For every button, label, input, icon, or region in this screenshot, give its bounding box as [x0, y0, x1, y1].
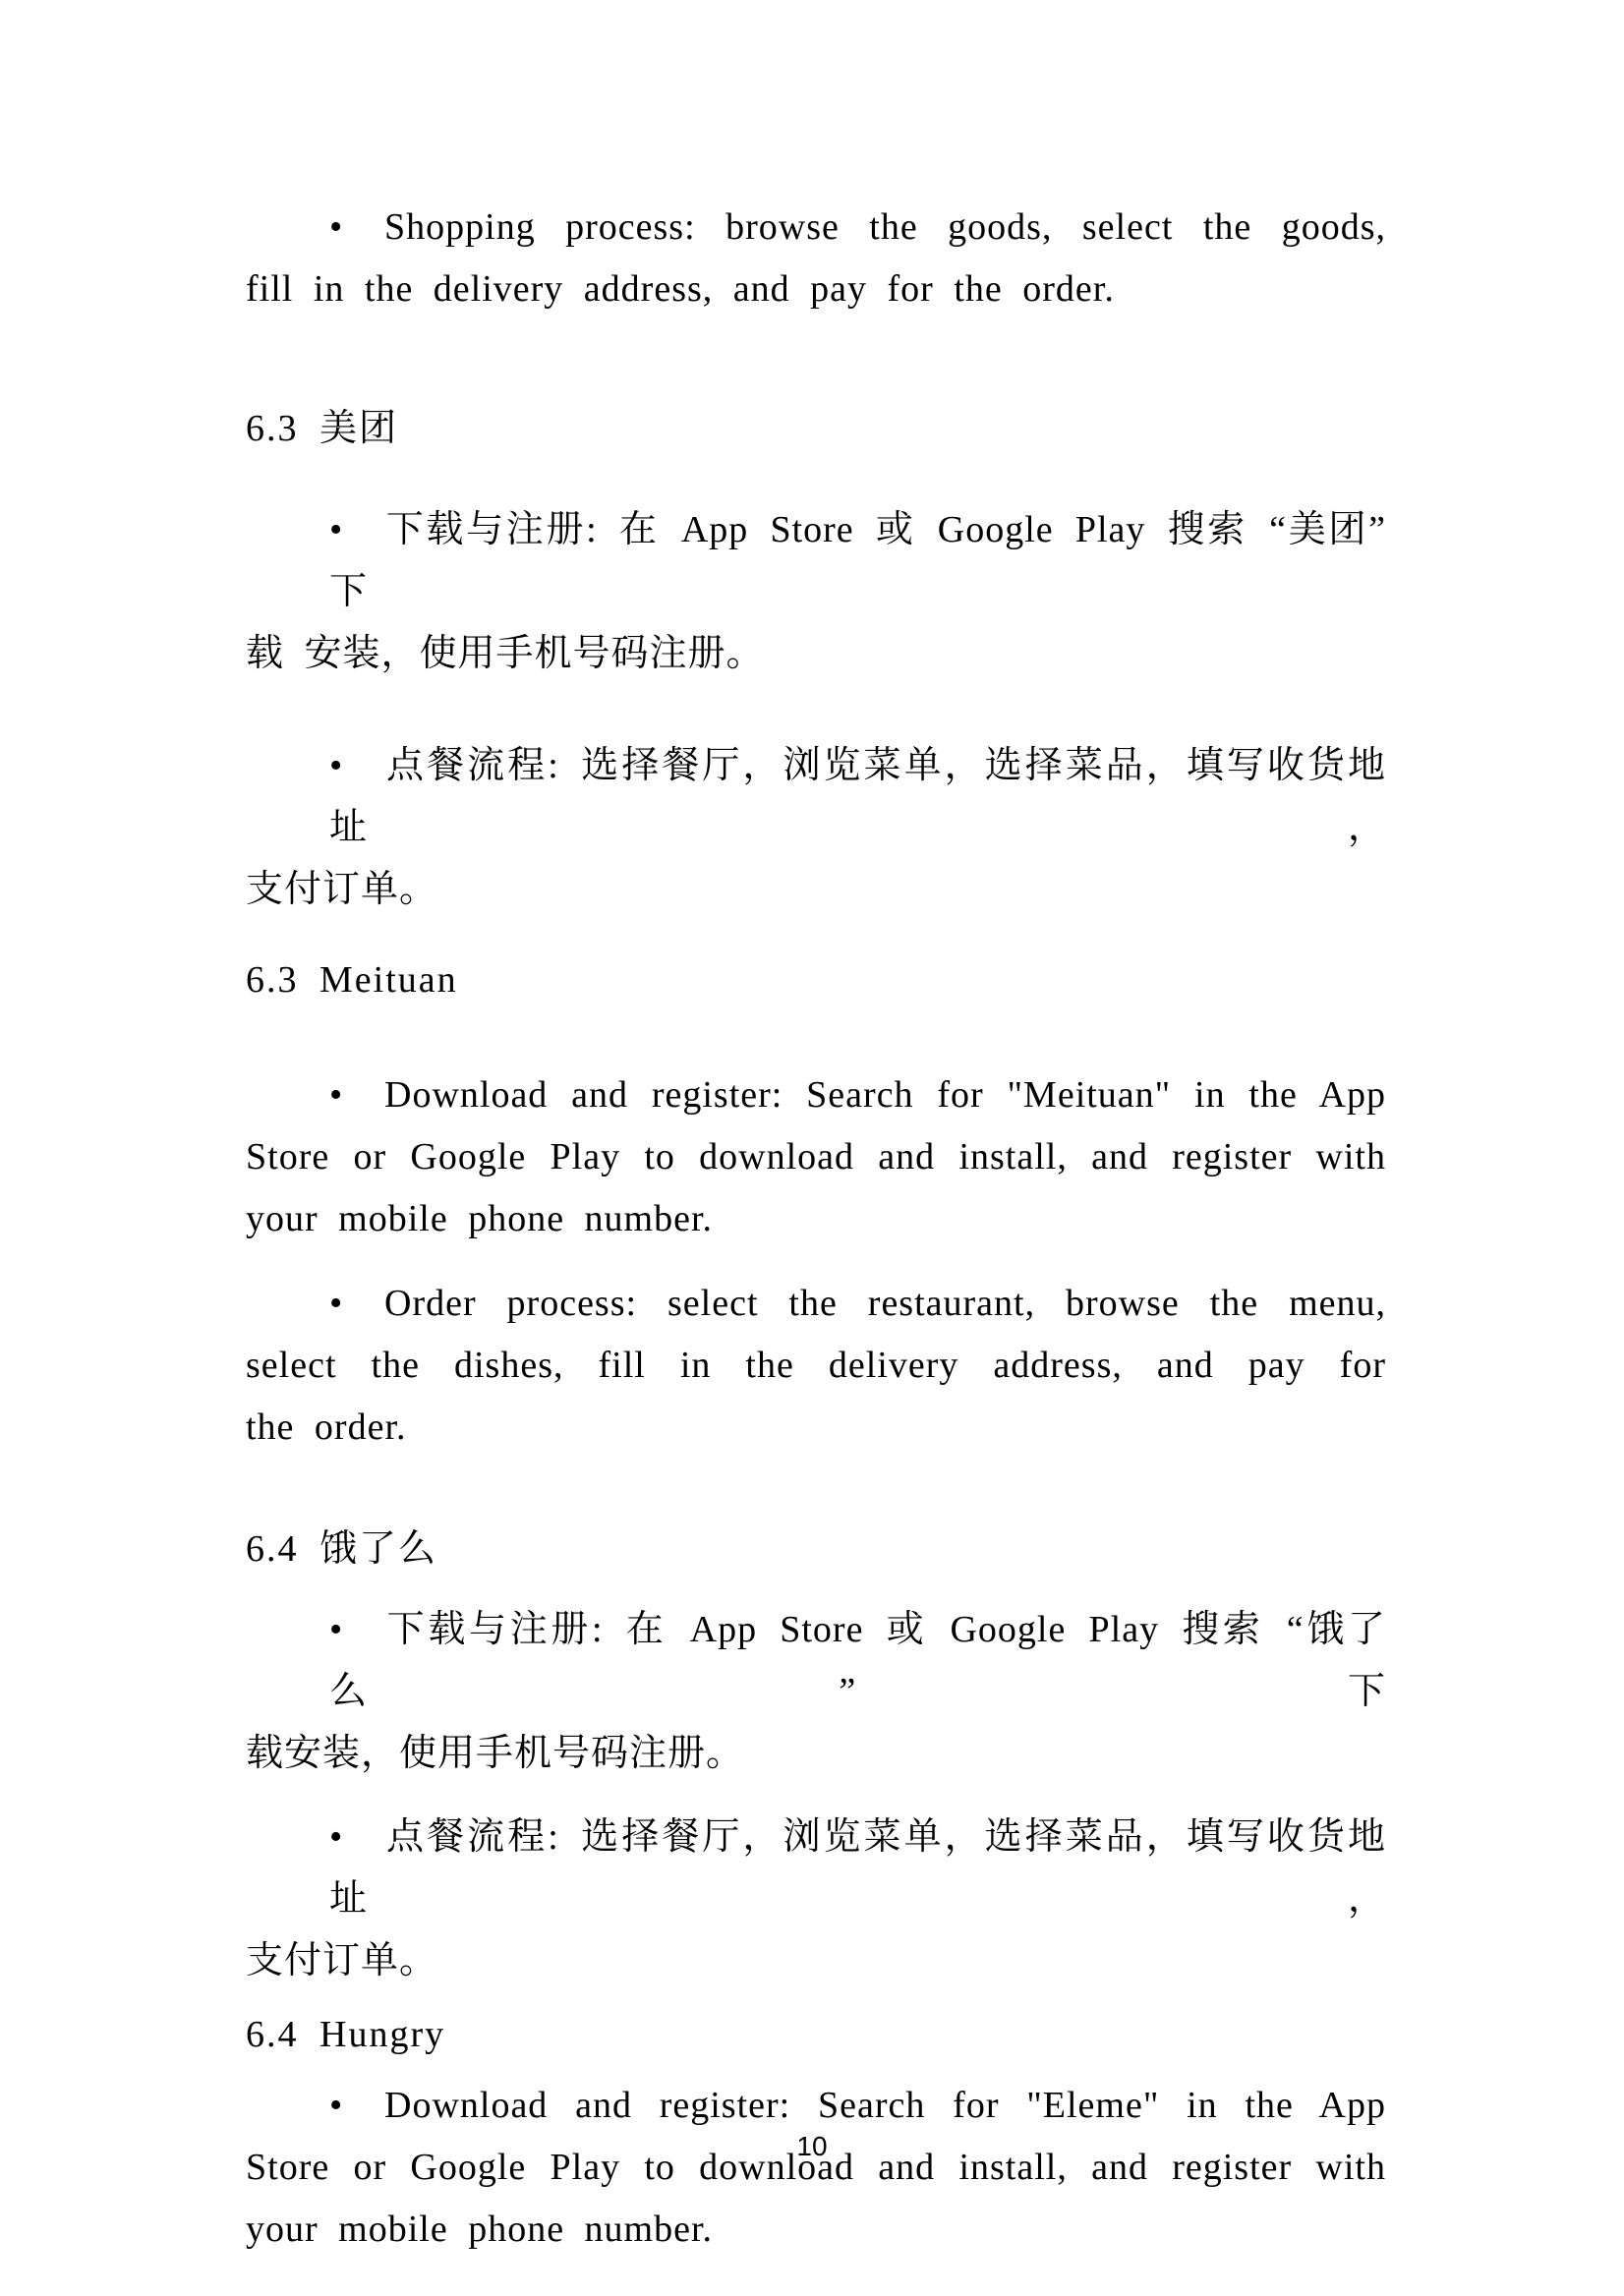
heading-text: 6.4 Hungry: [246, 2004, 1386, 2066]
paragraph-shopping-process: •Shopping process: browse the goods, sel…: [246, 197, 1386, 320]
paragraph-line: •下载与注册: 在 App Store 或 Google Play 搜索 “饿了…: [246, 1599, 1386, 1723]
bullet-marker: •: [329, 1064, 384, 1126]
bullet-marker: •: [329, 2075, 384, 2137]
paragraph-download-register-en-eleme: •Download and register: Search for "Elem…: [246, 2075, 1386, 2261]
bullet-marker: •: [329, 1599, 384, 1661]
paragraph-line: the order.: [246, 1397, 1386, 1459]
bullet-marker: •: [329, 197, 384, 258]
paragraph-order-process-zh-eleme: •点餐流程: 选择餐厅，浏览菜单，选择菜品，填写收货地址， 支付订单。: [246, 1807, 1386, 1992]
line-text: Download and register: Search for "Eleme…: [384, 2085, 1386, 2126]
paragraph-download-register-zh-meituan: •下载与注册: 在 App Store 或 Google Play 搜索 “美团…: [246, 499, 1386, 685]
paragraph-line: your mobile phone number.: [246, 2199, 1386, 2261]
section-heading-6-3-zh: 6.3 美团: [246, 398, 1386, 460]
section-heading-6-3-en: 6.3 Meituan: [246, 949, 1386, 1011]
paragraph-line: 载安装，使用手机号码注册。: [246, 1723, 1386, 1785]
bullet-marker: •: [329, 1273, 384, 1335]
line-text: 点餐流程: 选择餐厅，浏览菜单，选择菜品，填写收货地址，: [329, 1816, 1386, 1920]
paragraph-line: •Download and register: Search for "Elem…: [246, 2075, 1386, 2137]
paragraph-line: •Shopping process: browse the goods, sel…: [246, 197, 1386, 258]
paragraph-download-register-zh-eleme: •下载与注册: 在 App Store 或 Google Play 搜索 “饿了…: [246, 1599, 1386, 1785]
paragraph-line: Store or Google Play to download and ins…: [246, 1126, 1386, 1188]
paragraph-line: select the dishes, fill in the delivery …: [246, 1335, 1386, 1397]
heading-text: 6.3 美团: [246, 398, 1386, 460]
line-text: 下载与注册: 在 App Store 或 Google Play 搜索 “饿了么…: [329, 1609, 1386, 1712]
paragraph-line: •下载与注册: 在 App Store 或 Google Play 搜索 “美团…: [246, 499, 1386, 623]
line-text: 点餐流程: 选择餐厅，浏览菜单，选择菜品，填写收货地址，: [329, 745, 1386, 848]
paragraph-line: fill in the delivery address, and pay fo…: [246, 258, 1386, 320]
heading-text: 6.3 Meituan: [246, 949, 1386, 1011]
section-heading-6-4-zh: 6.4 饿了么: [246, 1519, 1386, 1580]
paragraph-line: •Order process: select the restaurant, b…: [246, 1273, 1386, 1335]
paragraph-line: your mobile phone number.: [246, 1188, 1386, 1250]
paragraph-line: 支付订单。: [246, 859, 1386, 921]
line-text: 下载与注册: 在 App Store 或 Google Play 搜索 “美团”…: [329, 509, 1386, 612]
bullet-marker: •: [329, 735, 384, 797]
paragraph-order-process-en-meituan: •Order process: select the restaurant, b…: [246, 1273, 1386, 1459]
document-body: •Shopping process: browse the goods, sel…: [246, 0, 1386, 2261]
line-text: Order process: select the restaurant, br…: [384, 1283, 1386, 1324]
paragraph-order-process-zh-meituan: •点餐流程: 选择餐厅，浏览菜单，选择菜品，填写收货地址， 支付订单。: [246, 735, 1386, 921]
paragraph-line: •点餐流程: 选择餐厅，浏览菜单，选择菜品，填写收货地址，: [246, 735, 1386, 859]
line-text: Shopping process: browse the goods, sele…: [384, 206, 1386, 248]
paragraph-line: 载 安装，使用手机号码注册。: [246, 623, 1386, 685]
document-page: •Shopping process: browse the goods, sel…: [0, 0, 1624, 2296]
section-heading-6-4-en: 6.4 Hungry: [246, 2004, 1386, 2066]
paragraph-download-register-en-meituan: •Download and register: Search for "Meit…: [246, 1064, 1386, 1250]
page-number: 10: [0, 2131, 1624, 2162]
paragraph-line: 支付订单。: [246, 1930, 1386, 1992]
paragraph-line: •Download and register: Search for "Meit…: [246, 1064, 1386, 1126]
line-text: Download and register: Search for "Meitu…: [384, 1074, 1386, 1116]
bullet-marker: •: [329, 1807, 384, 1868]
paragraph-line: •点餐流程: 选择餐厅，浏览菜单，选择菜品，填写收货地址，: [246, 1807, 1386, 1930]
bullet-marker: •: [329, 499, 384, 561]
heading-text: 6.4 饿了么: [246, 1519, 1386, 1580]
